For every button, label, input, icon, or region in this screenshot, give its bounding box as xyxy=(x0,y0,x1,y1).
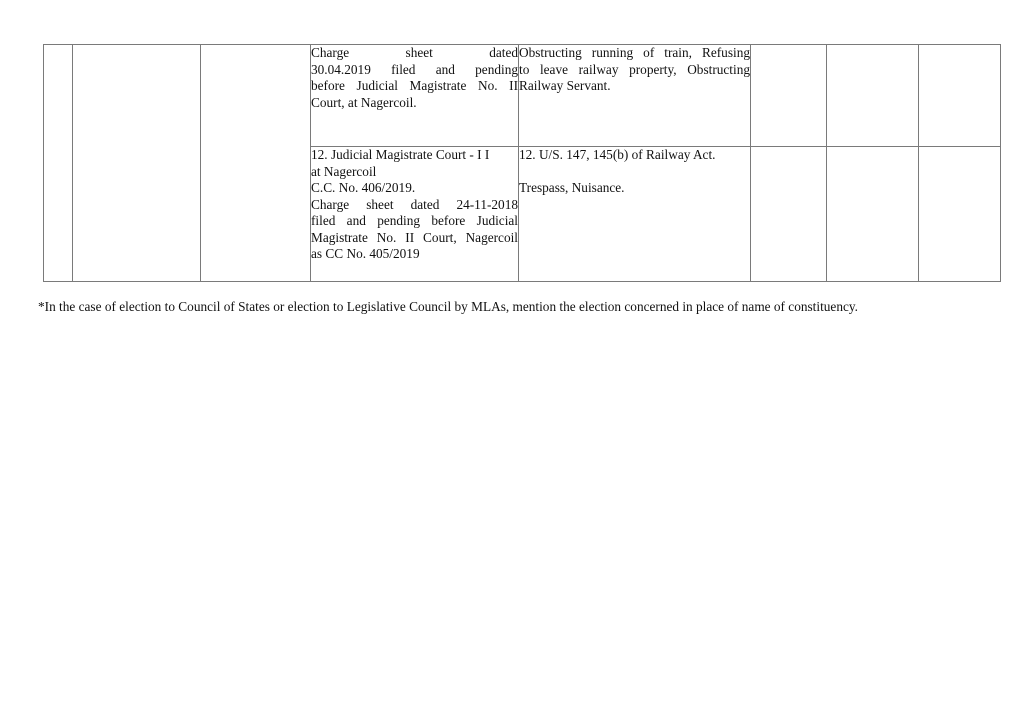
case-details-cell: Charge sheet dated 30.04.2019 filed and … xyxy=(311,45,519,147)
case-details-line: C.C. No. 406/2019. xyxy=(311,180,518,197)
column-6-cell xyxy=(751,45,827,147)
offence-line: 12. U/S. 147, 145(b) of Railway Act. xyxy=(519,147,750,164)
column-3-cell xyxy=(201,45,311,282)
offence-line-spacer xyxy=(519,164,750,181)
offence-line: Railway Servant. xyxy=(519,78,750,95)
column-6-cell xyxy=(751,147,827,282)
column-8-cell xyxy=(919,45,1001,147)
footnote: *In the case of election to Council of S… xyxy=(38,299,858,315)
offence-line: Trespass, Nuisance. xyxy=(519,180,750,197)
case-details-line: 30.04.2019 filed and pending xyxy=(311,62,518,79)
case-details-line: before Judicial Magistrate No. II xyxy=(311,78,518,95)
case-details-line: at Nagercoil xyxy=(311,164,518,181)
case-details-line: Magistrate No. II Court, Nagercoil xyxy=(311,230,518,247)
column-8-cell xyxy=(919,147,1001,282)
column-7-cell xyxy=(827,45,919,147)
case-details-cell: 12. Judicial Magistrate Court - I I at N… xyxy=(311,147,519,282)
column-2-cell xyxy=(73,45,201,282)
offence-cell: 12. U/S. 147, 145(b) of Railway Act. Tre… xyxy=(519,147,751,282)
criminal-cases-table: Charge sheet dated 30.04.2019 filed and … xyxy=(43,44,1001,282)
case-details-line: Charge sheet dated xyxy=(311,45,518,62)
case-details-line: Charge sheet dated 24-11-2018 xyxy=(311,197,518,214)
case-details-line: 12. Judicial Magistrate Court - I I xyxy=(311,147,518,164)
case-details-line: as CC No. 405/2019 xyxy=(311,246,518,263)
column-7-cell xyxy=(827,147,919,282)
case-details-line: filed and pending before Judicial xyxy=(311,213,518,230)
table-row: Charge sheet dated 30.04.2019 filed and … xyxy=(44,45,1001,147)
offence-cell: Obstructing running of train, Refusing t… xyxy=(519,45,751,147)
offence-line: Obstructing running of train, Refusing xyxy=(519,45,750,62)
document-page: Charge sheet dated 30.04.2019 filed and … xyxy=(0,0,1024,724)
case-details-line: Court, at Nagercoil. xyxy=(311,95,518,112)
serial-number-cell xyxy=(44,45,73,282)
offence-line: to leave railway property, Obstructing xyxy=(519,62,750,79)
